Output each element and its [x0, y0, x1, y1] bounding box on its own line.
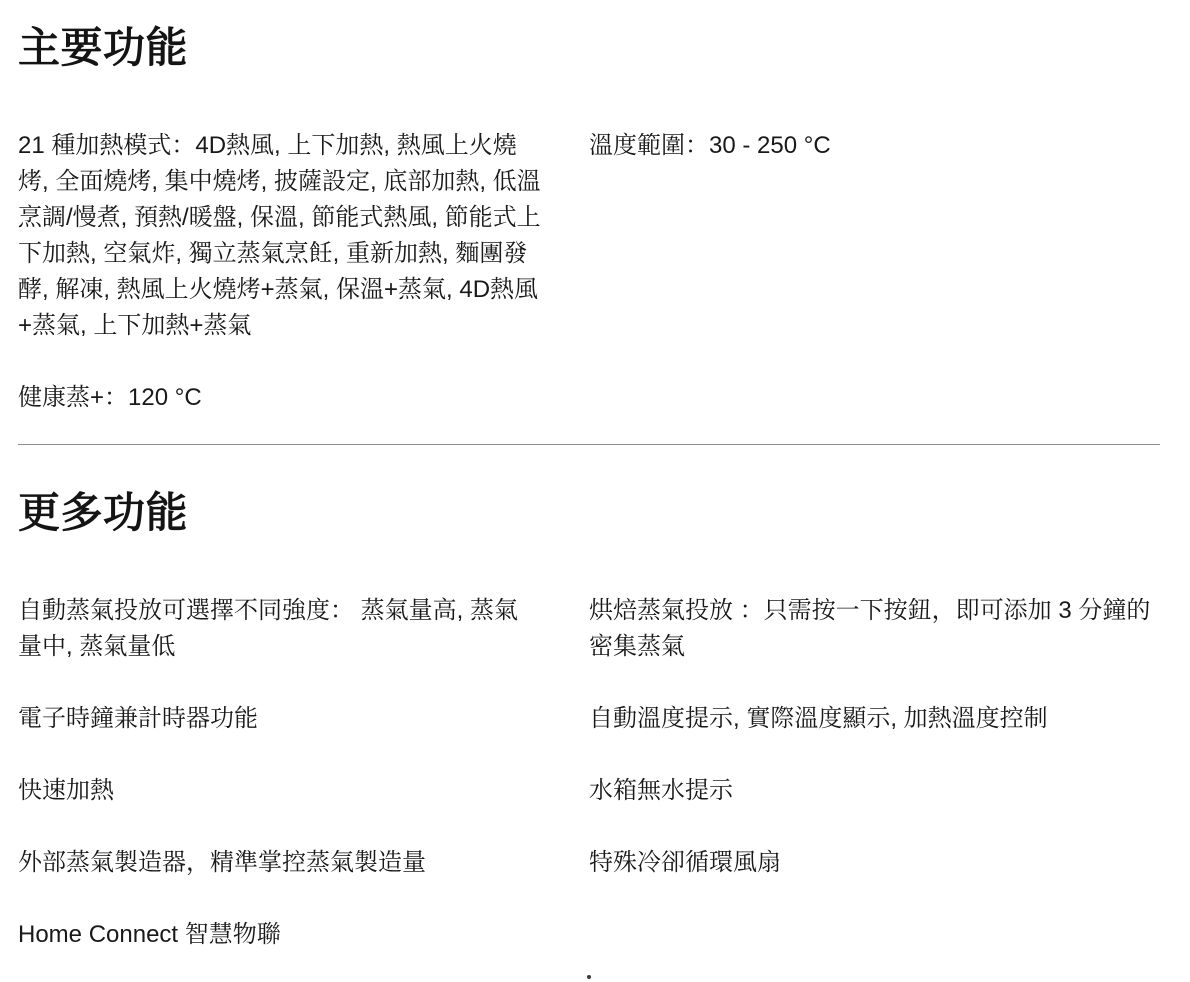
spec-home-connect: Home Connect 智慧物聯	[18, 917, 589, 953]
spec-temperature-display: 自動溫度提示, 實際溫度顯示, 加熱溫度控制	[589, 701, 1160, 737]
spec-clock-timer: 電子時鐘兼計時器功能	[18, 701, 589, 737]
spec-external-steam-generator: 外部蒸氣製造器，精準掌控蒸氣製造量	[18, 845, 589, 881]
spec-cooling-fan: 特殊冷卻循環風扇	[589, 845, 1160, 881]
spec-empty-cell	[589, 917, 1160, 953]
spec-healthy-steam: 健康蒸+：120 °C	[18, 380, 589, 416]
section-more-features: 更多功能 自動蒸氣投放可選擇不同強度： 蒸氣量高, 蒸氣量中, 蒸氣量低 烘焙蒸…	[18, 489, 1160, 953]
spec-baking-steam: 烘焙蒸氣投放 ：只需按一下按鈕，即可添加 3 分鐘的密集蒸氣	[589, 593, 1160, 665]
more-features-grid: 自動蒸氣投放可選擇不同強度： 蒸氣量高, 蒸氣量中, 蒸氣量低 烘焙蒸氣投放 ：…	[18, 593, 1160, 953]
section-divider	[18, 444, 1160, 445]
spec-auto-steam-levels: 自動蒸氣投放可選擇不同強度： 蒸氣量高, 蒸氣量中, 蒸氣量低	[18, 593, 589, 665]
spec-empty-cell	[589, 380, 1160, 416]
main-features-grid: 21 種加熱模式：4D熱風, 上下加熱, 熱風上火燒烤, 全面燒烤, 集中燒烤,…	[18, 128, 1160, 416]
section-main-features: 主要功能 21 種加熱模式：4D熱風, 上下加熱, 熱風上火燒烤, 全面燒烤, …	[18, 24, 1160, 416]
spec-heating-modes: 21 種加熱模式：4D熱風, 上下加熱, 熱風上火燒烤, 全面燒烤, 集中燒烤,…	[18, 128, 589, 344]
spec-rapid-heating: 快速加熱	[18, 773, 589, 809]
section-title-main-features: 主要功能	[18, 24, 1160, 72]
spec-page: 主要功能 21 種加熱模式：4D熱風, 上下加熱, 熱風上火燒烤, 全面燒烤, …	[0, 0, 1190, 953]
cutoff-dot	[587, 975, 591, 979]
section-title-more-features: 更多功能	[18, 489, 1160, 537]
spec-temperature-range: 溫度範圍：30 - 250 °C	[589, 128, 1160, 344]
spec-water-tank-alert: 水箱無水提示	[589, 773, 1160, 809]
